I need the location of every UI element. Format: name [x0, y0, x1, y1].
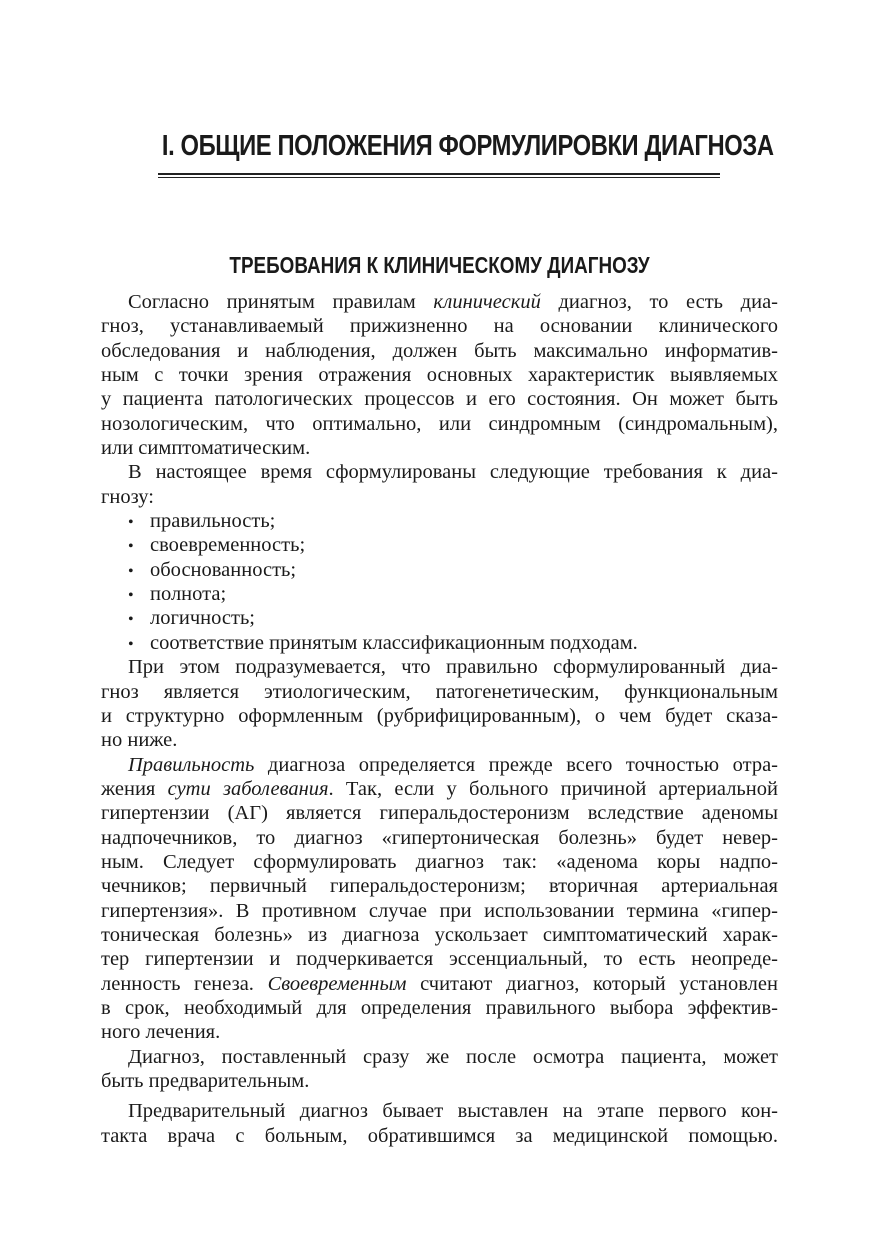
emphasized-term: Правильность [128, 754, 254, 776]
emphasized-term: Своевременным [268, 973, 407, 995]
text-segment: чечников; первичный гиперальдостеронизм;… [101, 875, 778, 897]
text-segment: логичность; [150, 607, 255, 629]
text-line: жения сути заболевания. Так, если у боль… [101, 777, 778, 801]
text-segment: диагноза определяется прежде всего точно… [254, 754, 778, 776]
emphasized-term: клинический [433, 291, 540, 313]
text-segment: ным. Следует сформулировать диагноз так:… [101, 851, 778, 873]
text-line: гипертензии (АГ) является гиперальдостер… [101, 801, 778, 825]
text-line: надпочечников, то диагноз «гипертоническ… [101, 826, 778, 850]
text-line: гноз является этиологическим, патогенети… [101, 680, 778, 704]
text-segment: соответствие принятым классификационным … [150, 632, 638, 654]
text-segment: считают диагноз, который установлен [406, 973, 778, 995]
text-line: гипертензия». В противном случае при исп… [101, 899, 778, 923]
text-segment: надпочечников, то диагноз «гипертоническ… [101, 827, 778, 849]
text-segment: в срок, необходимый для определения прав… [101, 997, 778, 1019]
text-line: ного лечения. [101, 1020, 778, 1044]
text-segment: гипертензии (АГ) является гиперальдостер… [101, 802, 778, 824]
emphasized-term: сути заболевания [168, 778, 329, 800]
rule-thin-line [158, 177, 720, 178]
text-segment: Диагноз, поставленный сразу же после осм… [128, 1046, 778, 1068]
text-segment: Согласно принятым правилам [128, 291, 433, 313]
list-item: соответствие принятым классификационным … [101, 631, 778, 655]
body-text: Согласно принятым правилам клинический д… [101, 290, 778, 1148]
list-item: логичность; [101, 606, 778, 630]
text-segment: и структурно оформленным (рубрифицирован… [101, 705, 778, 727]
text-line: в срок, необходимый для определения прав… [101, 996, 778, 1020]
text-line: ным. Следует сформулировать диагноз так:… [101, 850, 778, 874]
text-segment: у пациента патологических процессов и ег… [101, 388, 778, 410]
text-line: ным с точки зрения отражения основных ха… [101, 363, 778, 387]
text-line: В настоящее время сформулированы следующ… [101, 460, 778, 484]
list-item: полнота; [101, 582, 778, 606]
text-line: нозологическим, что оптимально, или синд… [101, 412, 778, 436]
text-line: обследования и наблюдения, должен быть м… [101, 339, 778, 363]
text-line: тер гипертензии и подчеркивается эссенци… [101, 947, 778, 971]
text-segment: жения [101, 778, 168, 800]
text-line: такта врача с больным, обратившимся за м… [101, 1124, 778, 1148]
text-segment: При этом подразумевается, что правильно … [128, 656, 778, 678]
chapter-title: I. ОБЩИЕ ПОЛОЖЕНИЯ ФОРМУЛИРОВКИ ДИАГНОЗА [162, 130, 717, 163]
text-segment: но ниже. [101, 729, 177, 751]
text-segment: такта врача с больным, обратившимся за м… [101, 1125, 778, 1147]
text-segment: быть предварительным. [101, 1070, 309, 1092]
text-segment: или симптоматическим. [101, 437, 310, 459]
text-line: быть предварительным. [101, 1069, 778, 1093]
list-item: правильность; [101, 509, 778, 533]
rule-thick-line [158, 173, 720, 175]
list-item: своевременность; [101, 533, 778, 557]
text-line: или симптоматическим. [101, 436, 778, 460]
text-segment: ленность генеза. [101, 973, 268, 995]
list-item: обоснованность; [101, 558, 778, 582]
text-line: Диагноз, поставленный сразу же после осм… [101, 1045, 778, 1069]
text-segment: обследования и наблюдения, должен быть м… [101, 340, 778, 362]
text-segment: гнозу: [101, 486, 154, 508]
text-line: гнозу: [101, 485, 778, 509]
text-line: гноз, устанавливаемый прижизненно на осн… [101, 314, 778, 338]
text-line: При этом подразумевается, что правильно … [101, 655, 778, 679]
text-line: и структурно оформленным (рубрифицирован… [101, 704, 778, 728]
text-line: тоническая болезнь» из диагноза ускольза… [101, 923, 778, 947]
text-segment: нозологическим, что оптимально, или синд… [101, 413, 778, 435]
title-double-rule [158, 173, 720, 179]
text-segment: ным с точки зрения отражения основных ха… [101, 364, 778, 386]
text-line: ленность генеза. Своевременным считают д… [101, 972, 778, 996]
text-line: Правильность диагноза определяется прежд… [101, 753, 778, 777]
text-segment: тер гипертензии и подчеркивается эссенци… [101, 948, 778, 970]
text-segment: обоснованность; [150, 559, 296, 581]
text-segment: гноз, устанавливаемый прижизненно на осн… [101, 315, 778, 337]
text-segment: полнота; [150, 583, 226, 605]
text-segment: Предварительный диагноз бывает выставлен… [128, 1100, 778, 1122]
text-segment: тоническая болезнь» из диагноза ускольза… [101, 924, 778, 946]
text-segment: гипертензия». В противном случае при исп… [101, 900, 778, 922]
text-segment: . Так, если у больного причиной артериал… [329, 778, 778, 800]
text-line: но ниже. [101, 728, 778, 752]
text-segment: гноз является этиологическим, патогенети… [101, 681, 778, 703]
text-segment: В настоящее время сформулированы следующ… [128, 461, 778, 483]
text-segment: ного лечения. [101, 1021, 220, 1043]
text-line: у пациента патологических процессов и ег… [101, 387, 778, 411]
text-line: Предварительный диагноз бывает выставлен… [101, 1099, 778, 1123]
section-title: ТРЕБОВАНИЯ К КЛИНИЧЕСКОМУ ДИАГНОЗУ [162, 252, 717, 279]
text-segment: своевременность; [150, 534, 305, 556]
text-line: Согласно принятым правилам клинический д… [101, 290, 778, 314]
text-segment: правильность; [150, 510, 275, 532]
text-segment: диагноз, то есть диа- [541, 291, 778, 313]
text-line: чечников; первичный гиперальдостеронизм;… [101, 874, 778, 898]
